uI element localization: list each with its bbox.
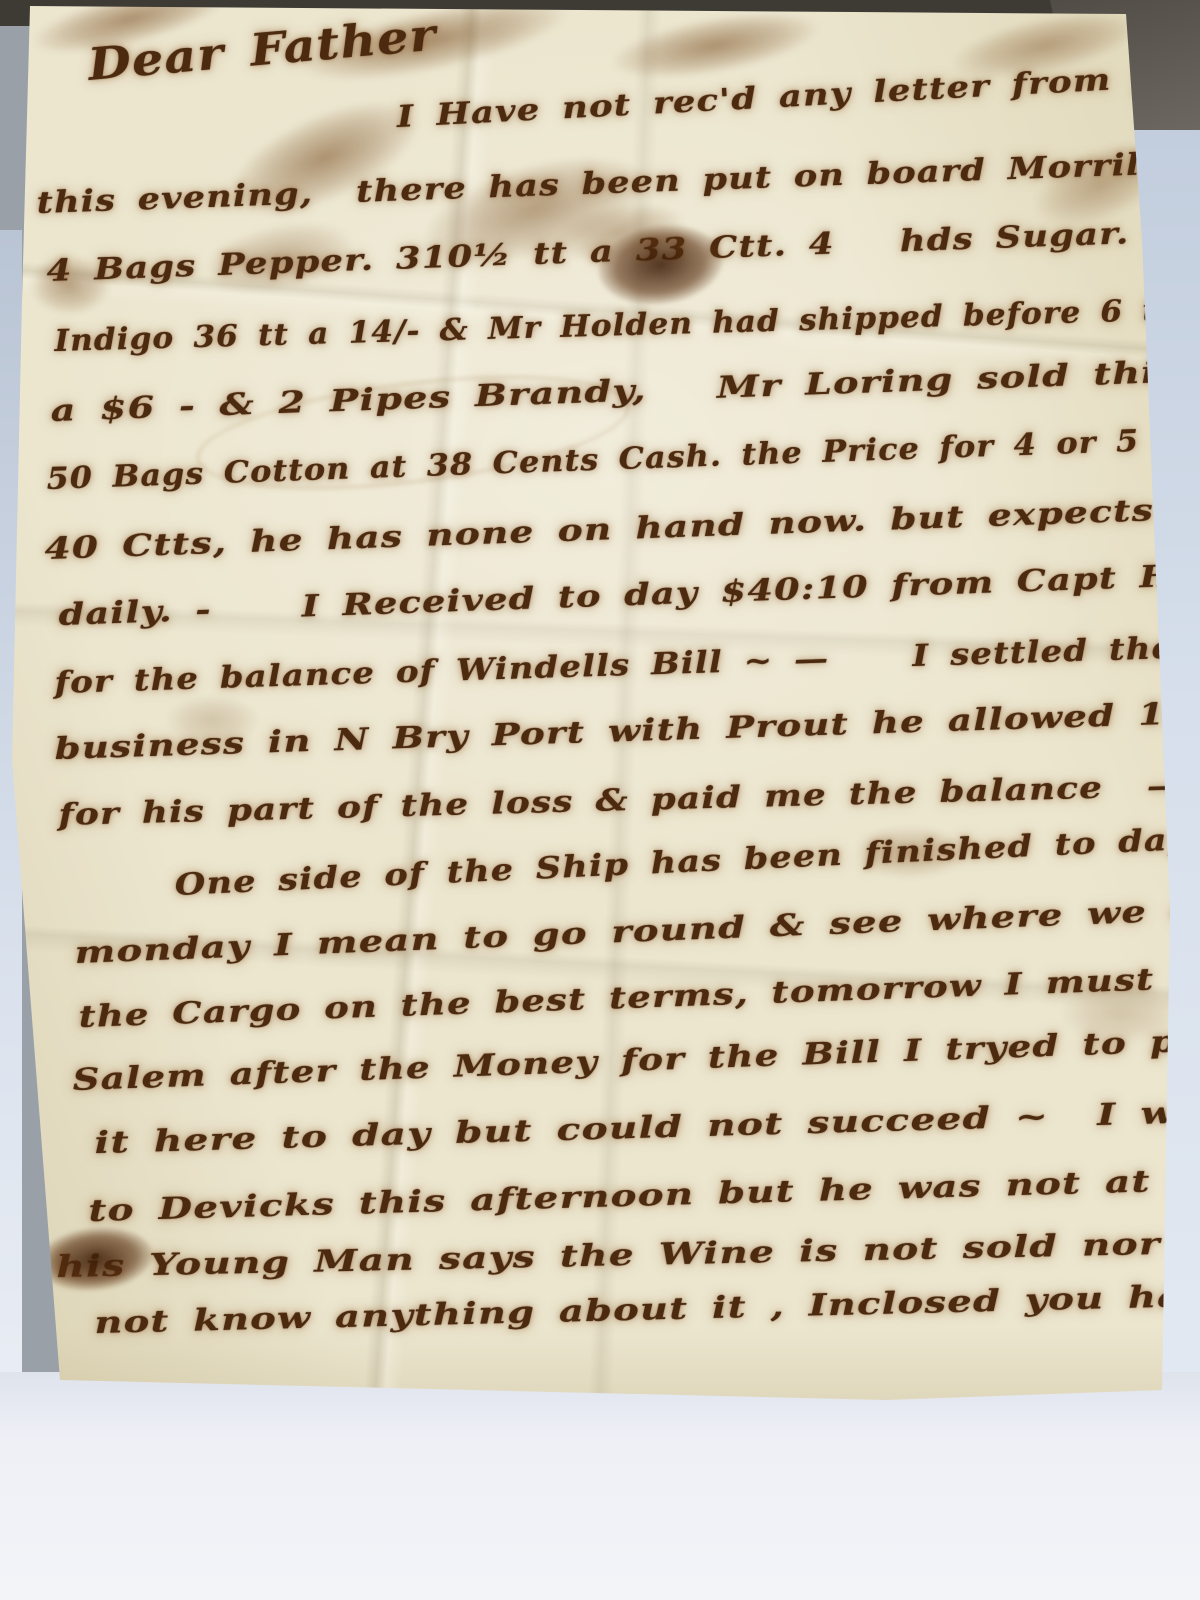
letter-line: his Young Man says the Wine is not sold …: [56, 1224, 1200, 1285]
letter-line: for the balance of Windells Bill ~ — I s…: [54, 626, 1200, 701]
table-surface: [0, 1372, 1200, 1600]
letter-line: Salem after the Money for the Bill I try…: [72, 1022, 1200, 1098]
ink-smudge: [607, 0, 823, 91]
photo: { "scene": { "kind": "photograph of a ha…: [0, 0, 1200, 1600]
letter-line: 50 Bags Cotton at 38 Cents Cash. the Pri…: [46, 418, 1200, 497]
letter-line: not know anything about it , Inclosed yo…: [94, 1277, 1200, 1341]
letter-line: it here to day but could not succeed ~ I…: [94, 1094, 1200, 1161]
letter-line: I Have not rec'd any letter from you: [396, 58, 1200, 135]
letter-line: to Devicks this afternoon but he was not…: [88, 1160, 1200, 1229]
letter-line: One side of the Ship has been finished t…: [174, 818, 1200, 903]
letter-paper: Dear Father I Have not rec'd any letter …: [0, 0, 1200, 1410]
letter-line: daily. - I Received to day $40:10 from C…: [58, 555, 1200, 633]
letter-line: the Cargo on the best terms, tomorrow I …: [78, 957, 1200, 1035]
ink-blot: [35, 1222, 156, 1296]
letter-line: 40 Ctts, he has none on hand now. but ex…: [44, 488, 1200, 567]
letter-line: for his part of the loss & paid me the b…: [58, 769, 1184, 833]
